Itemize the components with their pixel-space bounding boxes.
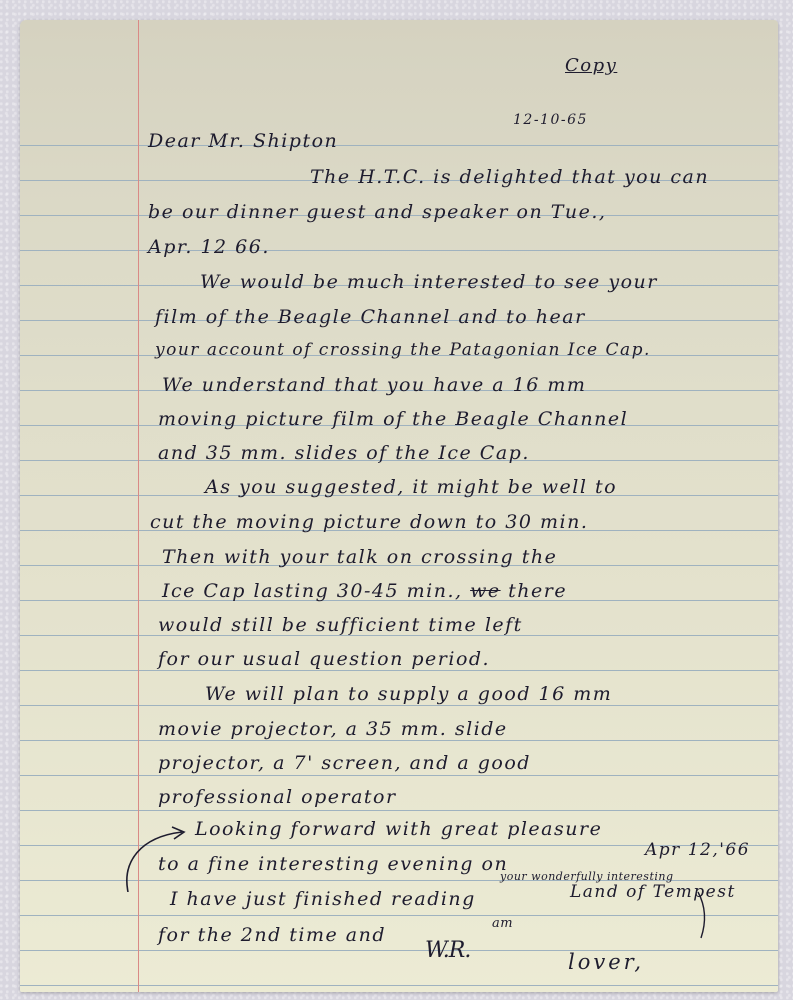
letter-date: 12-10-65 bbox=[513, 112, 588, 128]
letter-line: The H.T.C. is delighted that you can bbox=[310, 166, 709, 188]
letter-line: for our usual question period. bbox=[158, 648, 490, 670]
letter-line: As you suggested, it might be well to bbox=[205, 476, 617, 498]
letter-line: We would be much interested to see your bbox=[200, 271, 658, 293]
evening-date-annotation: Apr 12,'66 bbox=[645, 840, 750, 860]
salutation: Dear Mr. Shipton bbox=[148, 130, 338, 152]
letter-line: projector, a 7' screen, and a good bbox=[158, 752, 531, 774]
strikeout-word: we bbox=[470, 580, 501, 602]
letter-line: be our dinner guest and speaker on Tue., bbox=[148, 201, 606, 223]
letter-line: Ice Cap lasting 30-45 min., we there bbox=[162, 580, 567, 602]
signature: W.R. bbox=[425, 938, 470, 963]
letter-line: We will plan to supply a good 16 mm bbox=[205, 683, 612, 705]
letter-line: your account of crossing the Patagonian … bbox=[155, 340, 651, 360]
copy-mark: Copy bbox=[565, 55, 617, 76]
letter-line: Looking forward with great pleasure bbox=[195, 818, 602, 840]
letter-line: Apr. 12 66. bbox=[148, 236, 270, 258]
letter-line: We understand that you have a 16 mm bbox=[162, 374, 586, 396]
letter-line: movie projector, a 35 mm. slide bbox=[158, 718, 508, 740]
letter-line: cut the moving picture down to 30 min. bbox=[150, 511, 588, 533]
closing: lover, bbox=[568, 950, 644, 974]
letter-line: would still be sufficient time left bbox=[158, 614, 523, 636]
letter-line: for the 2nd time and bbox=[158, 924, 386, 946]
letter-line: professional operator bbox=[158, 786, 397, 808]
letter-line: to a fine interesting evening on bbox=[158, 853, 508, 875]
letter-line: Then with your talk on crossing the bbox=[162, 546, 557, 568]
bracket-mark-icon bbox=[695, 890, 715, 940]
line-text: for the 2nd time and bbox=[158, 924, 386, 946]
inserted-word: there bbox=[508, 580, 567, 602]
letter-line: and 35 mm. slides of the Ice Cap. bbox=[158, 442, 530, 464]
insert-signoff-annotation: am bbox=[492, 916, 513, 931]
letter-line: moving picture film of the Beagle Channe… bbox=[158, 408, 628, 430]
letter-line: film of the Beagle Channel and to hear bbox=[155, 306, 586, 328]
letter-line: I have just finished reading bbox=[170, 888, 476, 910]
line-text: Ice Cap lasting 30-45 min., bbox=[162, 580, 463, 602]
